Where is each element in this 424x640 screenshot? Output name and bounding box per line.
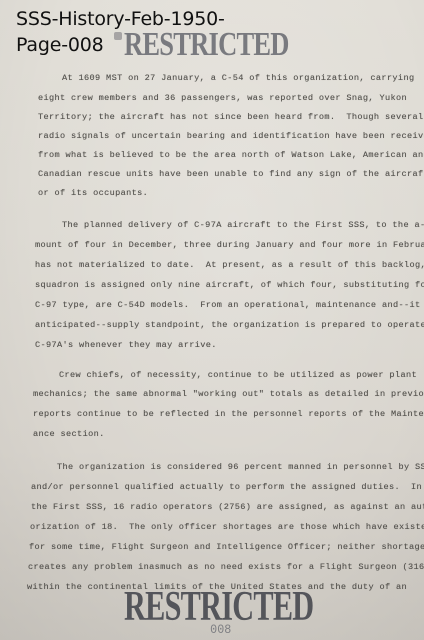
document-caption: SSS-History-Feb-1950- Page-008 bbox=[16, 6, 316, 58]
paragraph-4-line-1: The organization is considered 96 percen… bbox=[57, 461, 424, 473]
caption-line-1: SSS-History-Feb-1950- bbox=[16, 6, 316, 32]
paragraph-1-line-6: Canadian rescue units have been unable t… bbox=[38, 168, 424, 180]
paragraph-1-line-4: radio signals of uncertain bearing and i… bbox=[38, 130, 424, 142]
paragraph-4-line-5: for some time, Flight Surgeon and Intell… bbox=[29, 541, 424, 553]
paragraph-2-line-7: C-97A's whenever they may arrive. bbox=[35, 339, 217, 351]
paragraph-4-line-2: and/or personnel qualified actually to p… bbox=[31, 481, 422, 493]
page-number: 008 bbox=[210, 623, 231, 637]
paragraph-3-line-1: Crew chiefs, of necessity, continue to b… bbox=[59, 369, 417, 381]
paragraph-3-line-4: ance section. bbox=[33, 428, 105, 440]
paragraph-4-line-6: creates any problem inasmuch as no need … bbox=[28, 561, 424, 573]
paragraph-3-line-3: reports continue to be reflected in the … bbox=[33, 408, 424, 420]
paragraph-2-line-4: squadron is assigned only nine aircraft,… bbox=[35, 279, 424, 291]
paragraph-1-line-5: from what is believed to be the area nor… bbox=[38, 149, 424, 161]
caption-line-2: Page-008 bbox=[16, 32, 316, 58]
paragraph-1-line-1: At 1609 MST on 27 January, a C-54 of thi… bbox=[62, 72, 414, 84]
paragraph-4-line-3: the First SSS, 16 radio operators (2756)… bbox=[31, 501, 424, 513]
paragraph-4-line-4: orization of 18. The only officer shorta… bbox=[30, 521, 424, 533]
paragraph-1-line-7: or of its occupants. bbox=[38, 187, 148, 199]
paragraph-1-line-3: Territory; the aircraft has not since be… bbox=[38, 111, 424, 123]
paragraph-2-line-3: has not materialized to date. At present… bbox=[35, 259, 424, 271]
paragraph-1-line-2: eight crew members and 36 passengers, wa… bbox=[38, 92, 407, 104]
paragraph-2-line-1: The planned delivery of C-97A aircraft t… bbox=[62, 219, 424, 231]
paragraph-2-line-6: anticipated--supply standpoint, the orga… bbox=[35, 319, 424, 331]
paragraph-2-line-5: C-97 type, are C-54D models. From an ope… bbox=[35, 299, 424, 311]
paragraph-3-line-2: mechanics; the same abnormal "working ou… bbox=[33, 388, 424, 400]
paragraph-2-line-2: mount of four in December, three during … bbox=[35, 239, 424, 251]
document-page: SSS-History-Feb-1950- Page-008 RESTRICTE… bbox=[0, 0, 424, 640]
